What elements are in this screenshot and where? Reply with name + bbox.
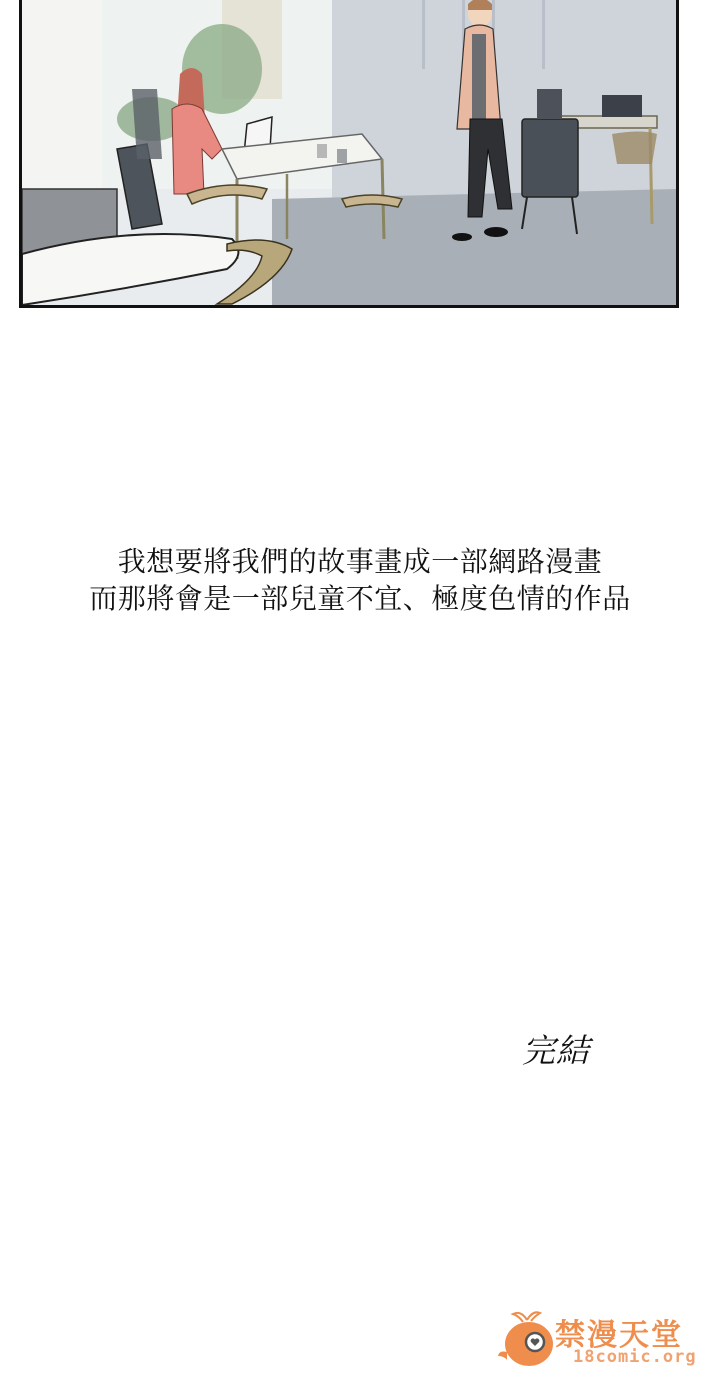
end-mark: 完結 bbox=[522, 1025, 590, 1072]
cafe-scene-illustration bbox=[22, 0, 676, 305]
comic-panel-cafe-scene bbox=[19, 0, 679, 308]
narration-line-2: 而那將會是一部兒童不宜、極度色情的作品 bbox=[0, 580, 720, 617]
narration-text: 我想要將我們的故事畫成一部網路漫畫 而那將會是一部兒童不宜、極度色情的作品 bbox=[0, 543, 720, 617]
watermark-logo: 禁漫天堂 18comic.org bbox=[497, 1306, 712, 1372]
whale-mascot-icon bbox=[497, 1306, 557, 1372]
narration-line-1: 我想要將我們的故事畫成一部網路漫畫 bbox=[0, 543, 720, 580]
watermark-url: 18comic.org bbox=[573, 1347, 697, 1367]
